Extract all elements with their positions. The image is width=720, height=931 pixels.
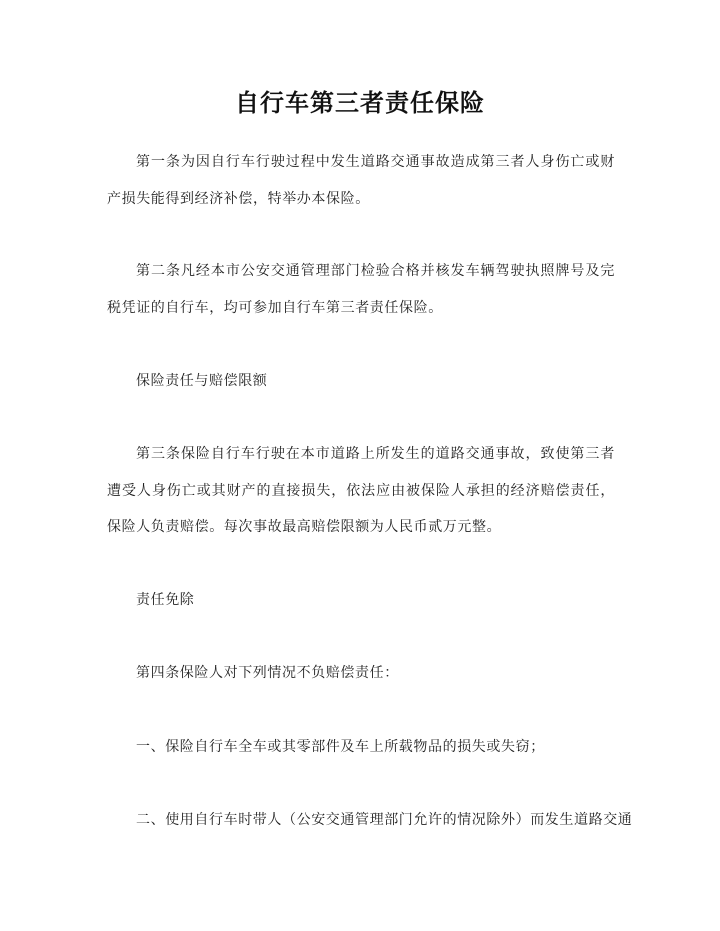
article-3-paragraph: 第三条保险自行车行驶在本市道路上所发生的道路交通事故，致使第三者遭受人身伤亡或其… (107, 436, 615, 546)
document-page: 自行车第三者责任保险 第一条为因自行车行驶过程中发生道路交通事故造成第三者人身伤… (0, 0, 720, 931)
article-4-paragraph: 第四条保险人对下列情况不负赔偿责任： (107, 655, 615, 692)
section-heading-exemptions: 责任免除 (107, 582, 615, 619)
article-1-paragraph: 第一条为因自行车行驶过程中发生道路交通事故造成第三者人身伤亡或财产损失能得到经济… (107, 144, 615, 217)
article-2-paragraph: 第二条凡经本市公安交通管理部门检验合格并核发车辆驾驶执照牌号及完税凭证的自行车，… (107, 253, 615, 326)
exemption-item-2: 二、使用自行车时带人（公安交通管理部门允许的情况除外）而发生道路交通 (107, 802, 615, 839)
document-title: 自行车第三者责任保险 (0, 86, 720, 120)
section-heading-liability-and-limits: 保险责任与赔偿限额 (107, 363, 615, 400)
exemption-item-1: 一、保险自行车全车或其零部件及车上所载物品的损失或失窃； (107, 729, 615, 766)
